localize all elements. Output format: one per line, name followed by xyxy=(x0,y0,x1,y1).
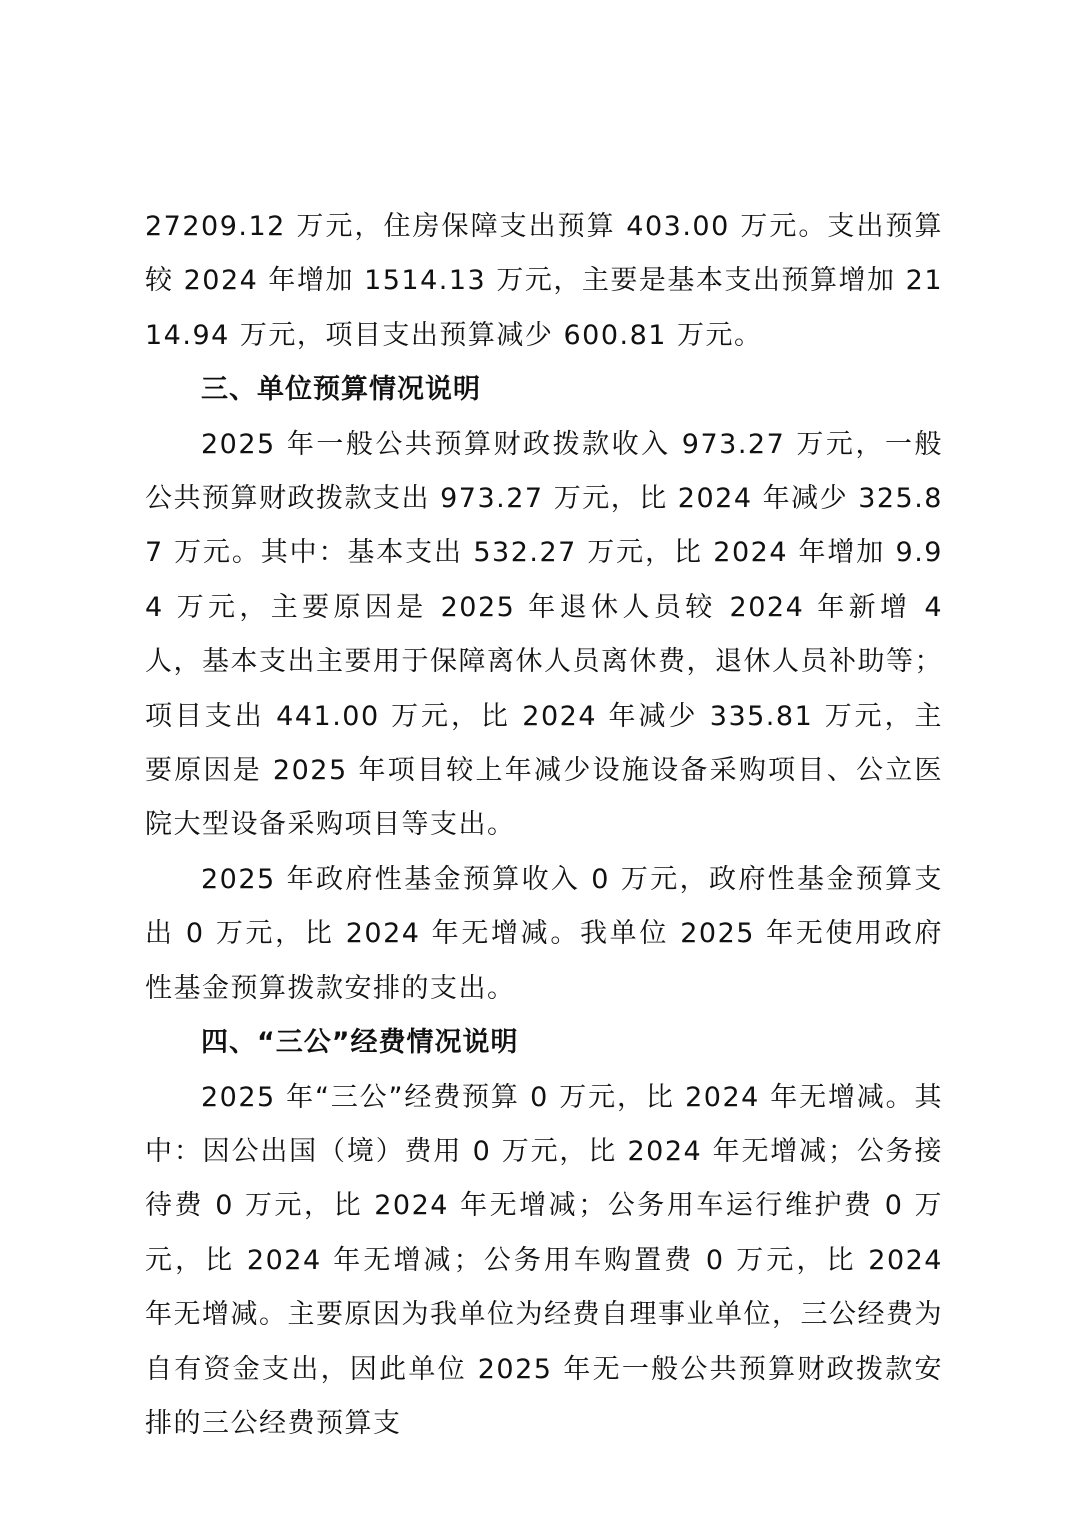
paragraph-general-public-budget: 2025 年一般公共预算财政拨款收入 973.27 万元，一般公共预算财政拨款支… xyxy=(145,418,943,853)
paragraph-expenditure-summary: 27209.12 万元，住房保障支出预算 403.00 万元。支出预算较 202… xyxy=(145,200,943,363)
section-heading-three-public-expenses: 四、“三公”经费情况说明 xyxy=(145,1016,943,1070)
section-heading-unit-budget: 三、单位预算情况说明 xyxy=(145,363,943,417)
paragraph-three-public-expenses: 2025 年“三公”经费预算 0 万元，比 2024 年无增减。其中：因公出国（… xyxy=(145,1071,943,1452)
paragraph-government-fund-budget: 2025 年政府性基金预算收入 0 万元，政府性基金预算支出 0 万元，比 20… xyxy=(145,853,943,1016)
document-page: 27209.12 万元，住房保障支出预算 403.00 万元。支出预算较 202… xyxy=(145,200,943,1451)
